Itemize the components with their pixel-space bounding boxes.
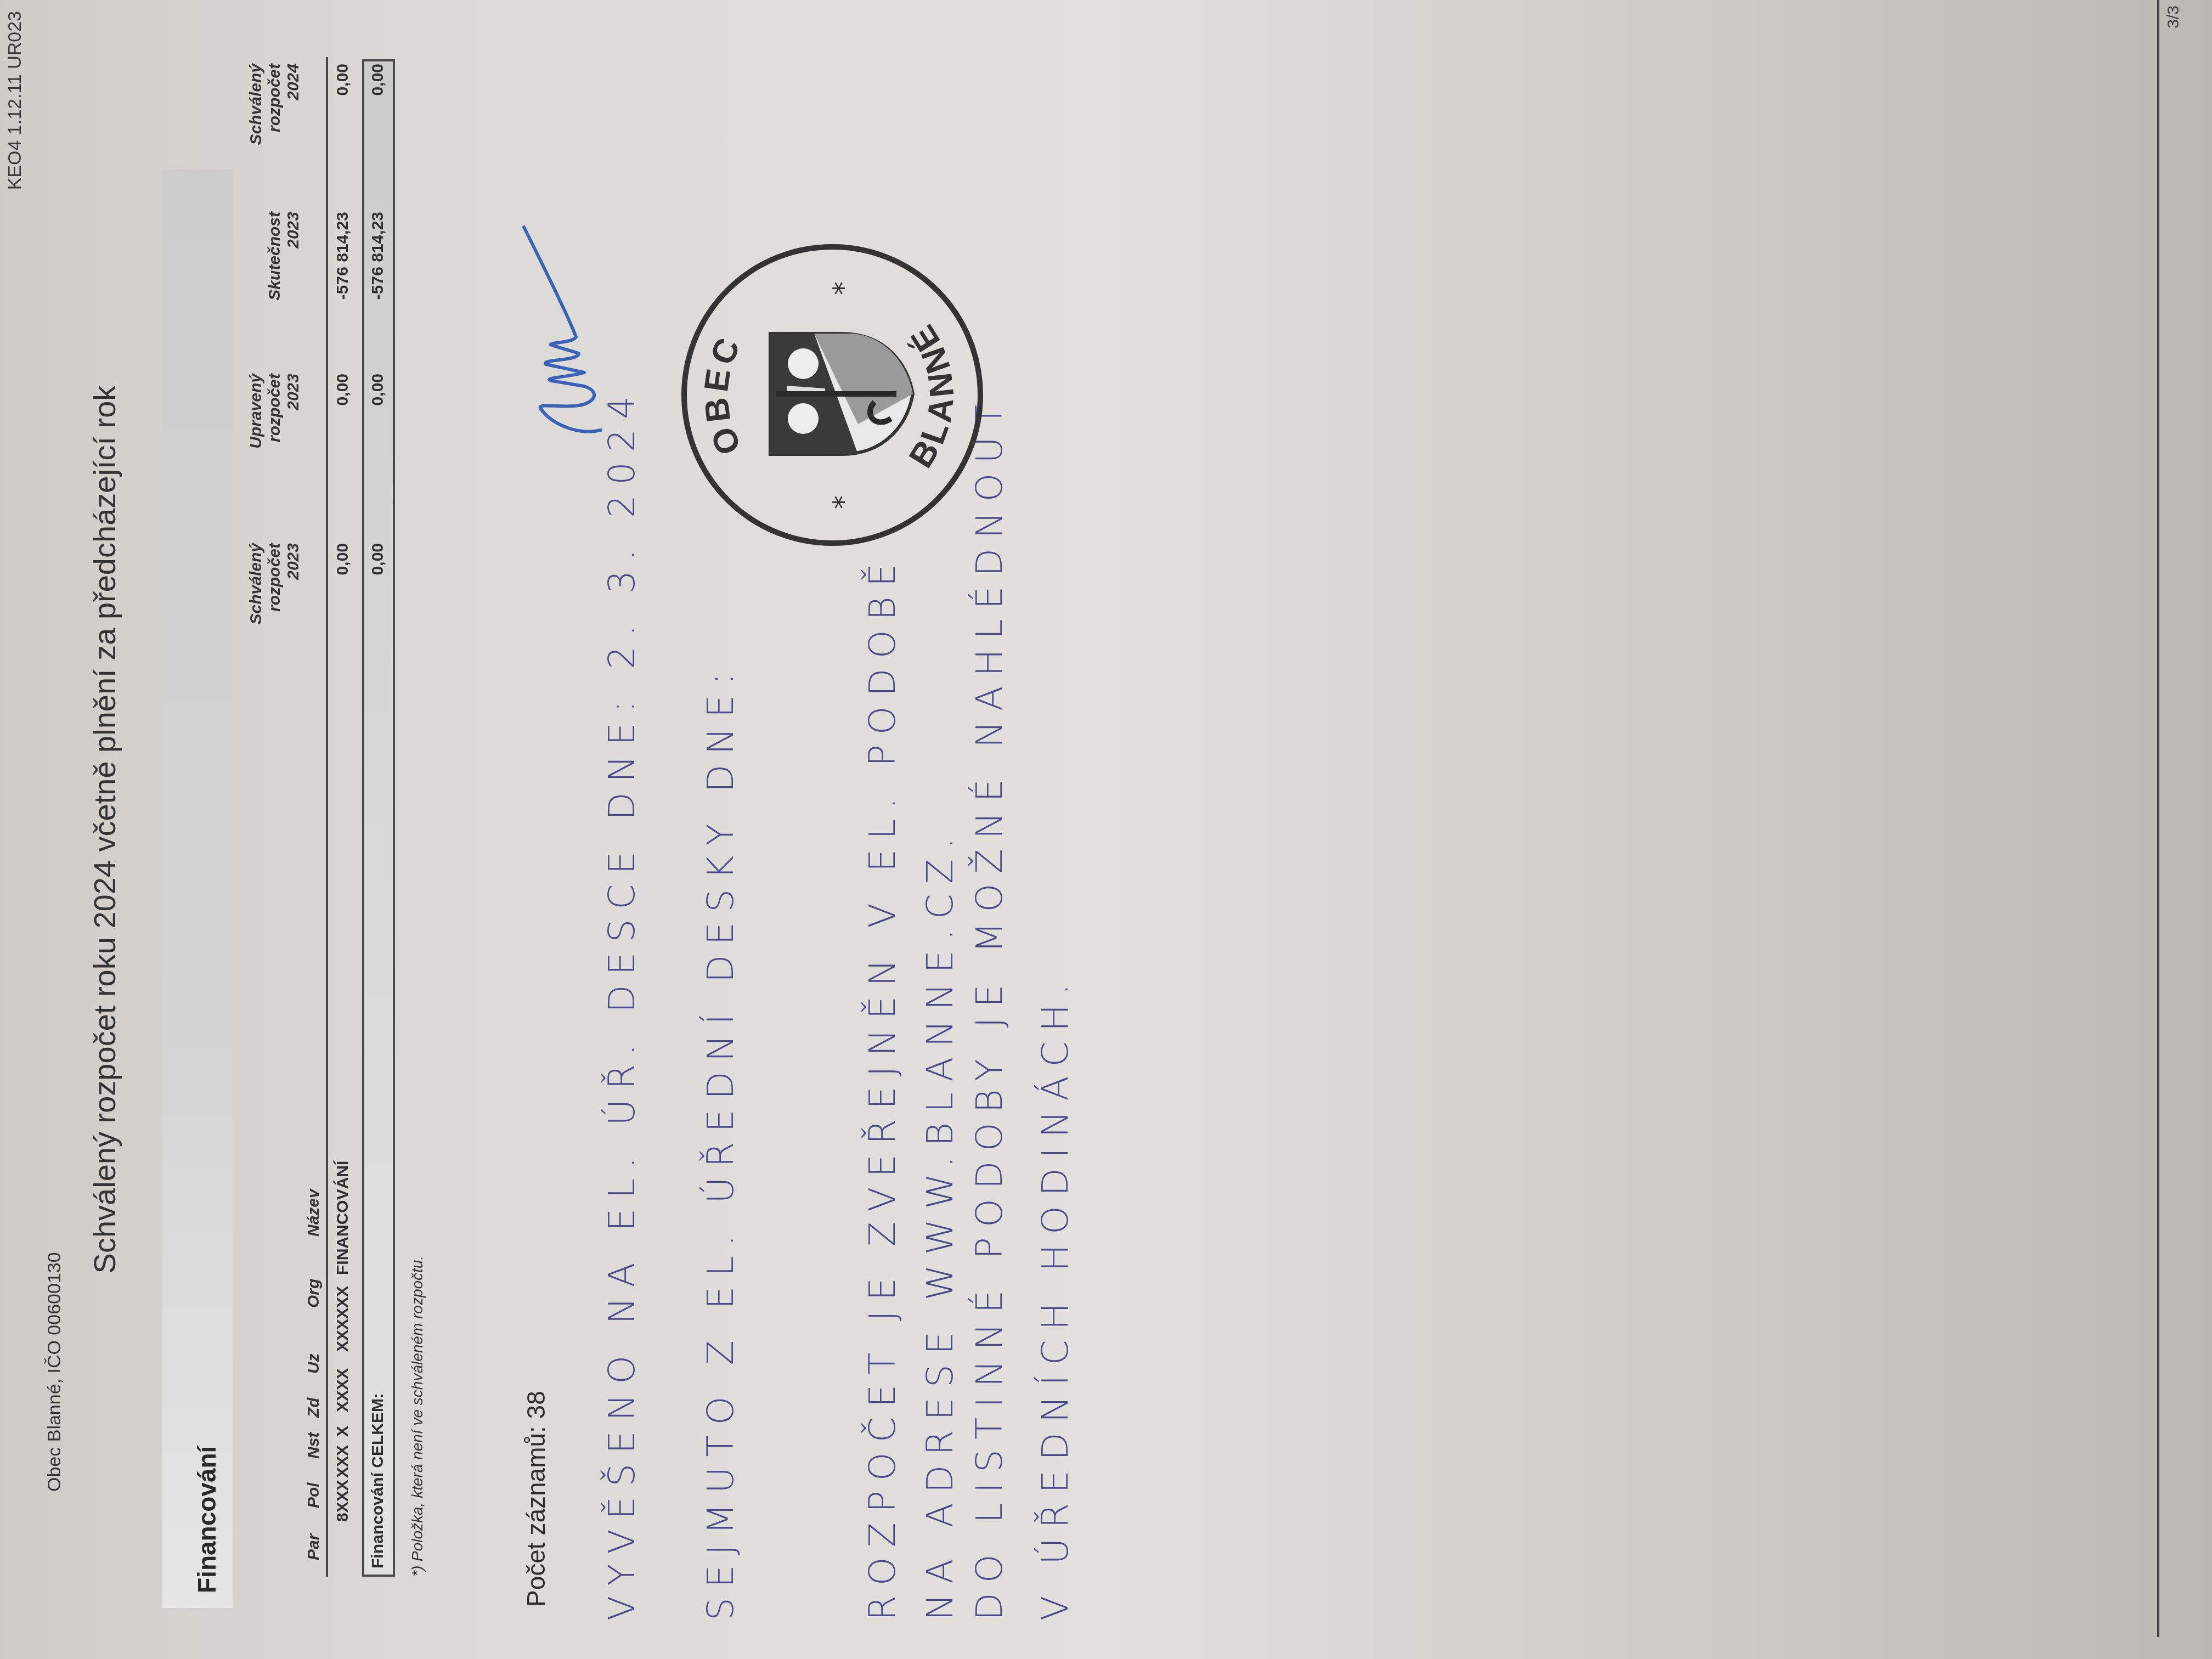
col-header-line: Skutečnost — [266, 212, 284, 332]
handwritten-note: VYVĚŠENO NA EL. ÚŘ. DESCE DNE: 2. 3. 202… — [601, 386, 643, 1621]
col-header-skutecnost-2023: Skutečnost 2023 — [266, 212, 303, 332]
coat-of-arms-icon — [770, 334, 913, 454]
stamp-top-text: OBEC — [697, 330, 749, 460]
total-schvaleny-2023: 0,00 — [369, 543, 387, 708]
col-header-line: rozpočet — [266, 64, 284, 184]
document-title: Schválený rozpočet roku 2024 včetně plně… — [87, 0, 122, 1659]
handwritten-note: V ÚŘEDNÍCH HODINÁCH. — [1034, 974, 1076, 1621]
col-header-nazev: Název — [304, 1189, 323, 1237]
handwritten-note: SEJMUTO Z EL. ÚŘEDNÍ DESKY DNE: — [699, 663, 742, 1621]
col-header-schvaleny-2023: Schválený rozpočet 2023 — [247, 543, 303, 664]
system-code: KEO4 1.12.11 UR023 — [4, 11, 26, 190]
svg-text:OBEC: OBEC — [697, 330, 749, 460]
col-header-upraveny-2023: Upravený rozpočet 2023 — [247, 374, 303, 494]
col-header-schvaleny-2024: Schválený rozpočet 2024 — [247, 64, 303, 184]
stamp-star-icon: * — [827, 281, 859, 295]
cell-pol: 8XXX — [334, 1480, 352, 1522]
section-title: Financování — [192, 1446, 222, 1593]
municipal-stamp: OBEC BLANNÉ * * — [677, 240, 988, 550]
stamp-star-icon: * — [827, 495, 859, 509]
cell-schvaleny-2024: 0,00 — [334, 64, 352, 228]
handwritten-note: ROZPOČET JE ZVEŘEJNĚN V EL. PODOBĚ — [861, 554, 904, 1621]
total-upraveny-2023: 0,00 — [369, 374, 387, 538]
col-header-line: rozpočet — [266, 543, 284, 664]
record-count: Počet záznamů: 38 — [521, 1391, 551, 1607]
col-header-pol: Pol — [304, 1482, 323, 1508]
col-header-org: Org — [304, 1279, 323, 1308]
footer-rule — [2157, 0, 2159, 1637]
col-header-line: 2023 — [284, 374, 303, 494]
cell-upraveny-2023: 0,00 — [334, 374, 352, 538]
col-header-nst: Nst — [304, 1432, 323, 1459]
handwritten-note: NA ADRESE WWW.BLANNE.CZ. — [919, 828, 961, 1621]
cell-org: XXXXXX — [334, 1286, 352, 1352]
header-rule — [326, 57, 328, 1577]
col-header-line: 2024 — [284, 64, 303, 184]
col-header-par: Par — [304, 1534, 323, 1560]
col-header-uz: Uz — [304, 1353, 323, 1374]
page-number: 3/3 — [2164, 5, 2183, 29]
section-band — [162, 170, 233, 1608]
organization-name: Obec Blanné, IČO 00600130 — [44, 1252, 65, 1492]
col-header-zd: Zd — [304, 1397, 323, 1418]
document-page: KEO4 1.12.11 UR023 Obec Blanné, IČO 0060… — [0, 0, 2212, 1659]
col-header-line: 2023 — [284, 543, 303, 664]
col-header-line: rozpočet — [266, 374, 284, 494]
total-label: Financování CELKEM: — [369, 1393, 387, 1568]
total-skutecnost-2023: -576 814,23 — [369, 212, 387, 376]
col-header-line: 2023 — [284, 212, 303, 332]
handwritten-note: DO LISTINNÉ PODOBY JE MOŽNÉ NAHLÉDNOUT — [968, 395, 1011, 1621]
cell-nst: XXX — [334, 1445, 352, 1478]
footnote: *) Položka, která není ve schváleném roz… — [409, 1256, 426, 1577]
cell-schvaleny-2023: 0,00 — [334, 543, 352, 708]
cell-zd: X — [334, 1426, 352, 1437]
cell-skutecnost-2023: -576 814,23 — [334, 212, 352, 376]
col-header-line: Upravený — [247, 374, 266, 494]
cell-uz: XXXX — [334, 1368, 352, 1412]
col-header-line: Schválený — [247, 64, 266, 184]
signature — [518, 222, 628, 441]
cell-nazev: FINANCOVÁNÍ — [334, 1161, 352, 1275]
total-schvaleny-2024: 0,00 — [369, 64, 387, 228]
col-header-line: Schválený — [247, 543, 266, 664]
